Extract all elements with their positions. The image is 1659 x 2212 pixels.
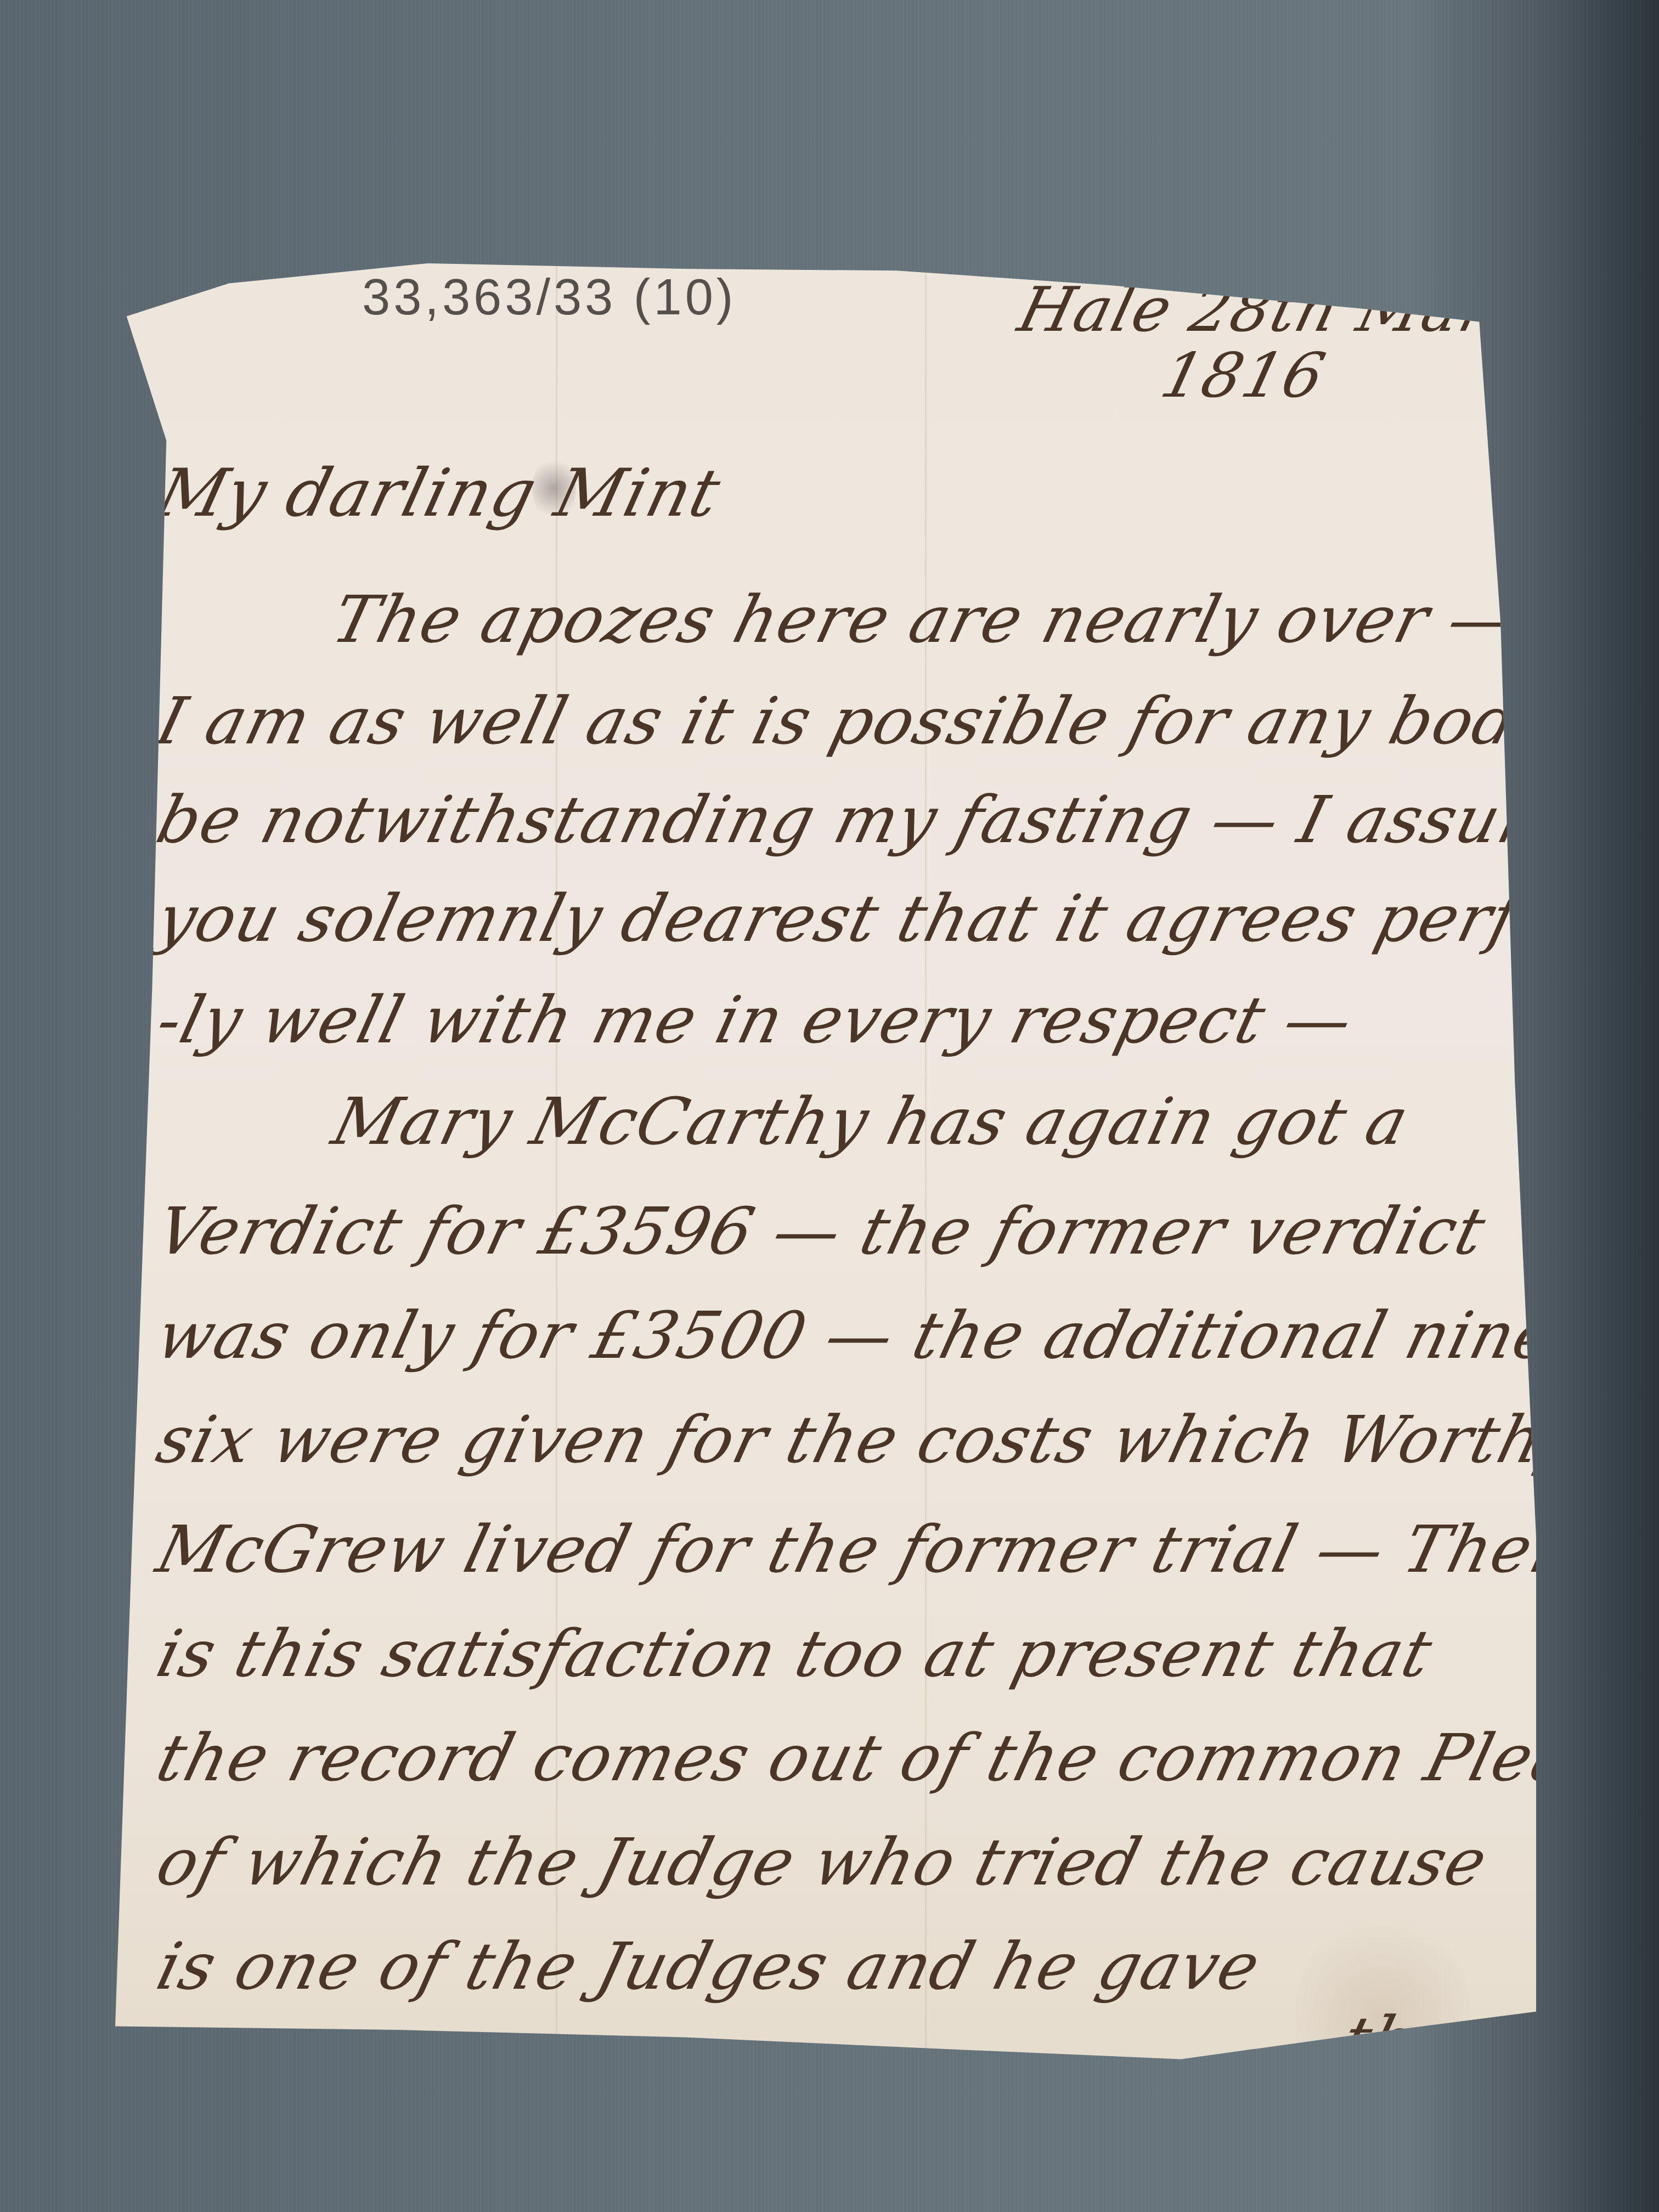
letter-line: the record comes out of the common Pleas — [150, 1720, 1616, 1796]
letter-year: 1816 — [1154, 340, 1333, 411]
letter-line: The apozes here are nearly over — and — [325, 582, 1659, 657]
paper-fold-line — [556, 258, 557, 2085]
letter-line: -ly well with me in every respect — — [150, 982, 1361, 1058]
letter-sheet: 33,363/33 (10) Hale 28th March 1816 My d… — [115, 258, 1536, 2085]
letter-place-date: Hale 28th March — [1012, 274, 1577, 346]
letter-catchword: the — [1335, 2002, 1463, 2078]
letter-line: six were given for the costs which Worth… — [150, 1402, 1589, 1477]
letter-line: is one of the Judges and he gave — [150, 1928, 1268, 2004]
archive-reference-number: 33,363/33 (10) — [362, 269, 736, 326]
letter-line: you solemnly dearest that it agrees perf… — [150, 881, 1653, 956]
letter-line: be notwithstanding my fasting — I assure — [150, 782, 1581, 857]
letter-line: Mary McCarthy has again got a — [325, 1084, 1417, 1159]
letter-line: McGrew lived for the former trial — Ther… — [150, 1511, 1613, 1587]
letter-line: of which the Judge who tried the cause — [150, 1824, 1496, 1900]
letter-line: I am as well as it is possible for any b… — [150, 683, 1652, 759]
letter-line: is this satisfaction too at present that — [150, 1616, 1440, 1691]
paper-fold-line — [925, 258, 927, 2085]
letter-line: was only for £3500 — the additional nine… — [150, 1297, 1628, 1373]
letter-line: Verdict for £3596 — the former verdict — [150, 1193, 1494, 1269]
letter-salutation: My darling Mint — [150, 455, 729, 532]
